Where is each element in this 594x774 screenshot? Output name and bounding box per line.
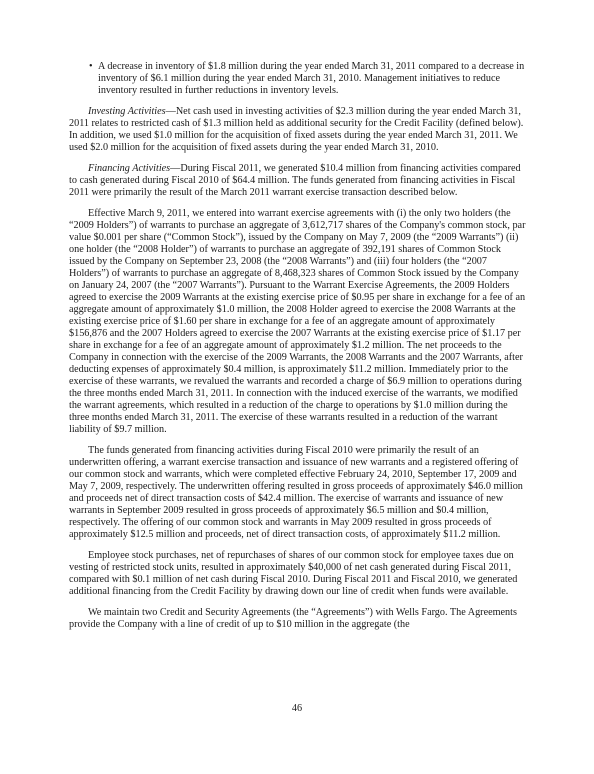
paragraph-financing-activities: Financing Activities—During Fiscal 2011,… <box>69 163 527 199</box>
paragraph-body: Employee stock purchases, net of repurch… <box>69 550 517 597</box>
bullet-item-inventory: • A decrease in inventory of $1.8 millio… <box>69 61 527 97</box>
paragraph-fiscal-2010-funds: The funds generated from financing activ… <box>69 445 527 541</box>
paragraph-credit-agreements: We maintain two Credit and Security Agre… <box>69 607 527 631</box>
page-number: 46 <box>0 703 594 714</box>
bullet-icon: • <box>89 61 93 73</box>
paragraph-body: The funds generated from financing activ… <box>69 445 523 540</box>
bullet-text: A decrease in inventory of $1.8 million … <box>98 61 524 96</box>
paragraph-body: We maintain two Credit and Security Agre… <box>69 607 517 630</box>
paragraph-lead-heading: Investing Activities <box>88 106 166 117</box>
paragraph-warrant-exercise: Effective March 9, 2011, we entered into… <box>69 208 527 436</box>
paragraph-body: Effective March 9, 2011, we entered into… <box>69 208 525 435</box>
paragraph-employee-stock: Employee stock purchases, net of repurch… <box>69 550 527 598</box>
paragraph-investing-activities: Investing Activities—Net cash used in in… <box>69 106 527 154</box>
document-page: • A decrease in inventory of $1.8 millio… <box>69 61 527 640</box>
paragraph-lead-heading: Financing Activities <box>88 163 170 174</box>
